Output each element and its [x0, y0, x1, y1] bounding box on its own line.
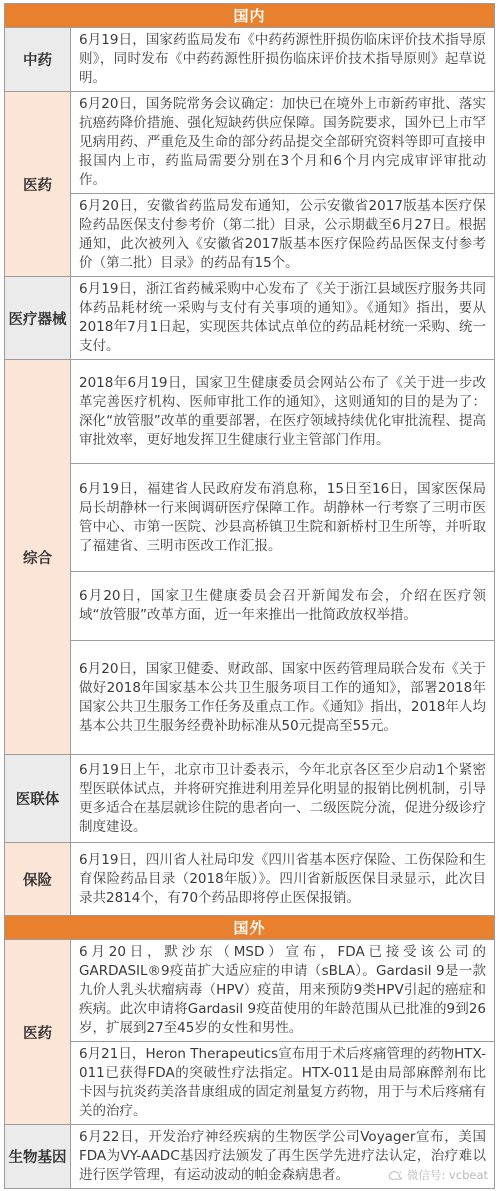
category-cell-medical-devices: 医疗器械 — [5, 277, 71, 360]
news-digest-page: 国内 中药 6月19日，国家药监局发布《中药药源性肝损伤临床评价技术指导原则》，… — [0, 0, 499, 1191]
news-digest-table: 国内 中药 6月19日，国家药监局发布《中药药源性肝损伤临床评价技术指导原则》，… — [4, 3, 495, 1189]
news-item-general-4: 6月20日，国家卫健委、财政部、国家中医药管理局联合发布《关于做好2018年国家… — [71, 641, 495, 755]
news-item-pharma-foreign-2: 6月21日，Heron Therapeutics宣布用于术后疼痛管理的药物HTX… — [71, 1042, 495, 1125]
category-cell-pharma-foreign: 医药 — [5, 940, 71, 1125]
vcbeat-whale-logo-icon — [387, 1169, 403, 1182]
news-item-alliance-1: 6月19日上午，北京市卫计委表示，今年北京各区至少启动1个紧密型医联体试点，并将… — [71, 755, 495, 843]
category-cell-biotech-gene: 生物基因 — [5, 1125, 71, 1189]
section-header-domestic: 国内 — [5, 4, 495, 28]
section-header-foreign: 国外 — [5, 916, 495, 940]
news-item-insurance-1: 6月19日，四川省人社局印发《四川省基本医疗保险、工伤保险和生育保险药品目录（2… — [71, 843, 495, 916]
category-cell-medical-alliance: 医联体 — [5, 755, 71, 843]
news-item-biotech-1: 6月22日，开发治疗神经疾病的生物医学公司Voyager宣布，美国FDA为VY-… — [71, 1125, 495, 1189]
news-item-pharma-1: 6月20日，国务院常务会议确定：加快已在境外上市新药审批、落实抗癌药降价措施、强… — [71, 92, 495, 194]
category-cell-insurance: 保险 — [5, 843, 71, 916]
news-item-pharma-foreign-1: 6月20日，默沙东（MSD）宣布，FDA已接受该公司的GARDASIL®9疫苗扩… — [71, 940, 495, 1042]
news-item-pharma-2: 6月20日，安徽省药监局发布通知，公示安徽省2017版基本医疗保险药品医保支付参… — [71, 194, 495, 277]
news-item-general-3: 6月20日，国家卫生健康委员会召开新闻发布会，介绍在医疗领域“放管服”改革方面，… — [71, 572, 495, 641]
category-cell-general: 综合 — [5, 360, 71, 755]
news-item-devices-1: 6月19日，浙江省药械采购中心发布了《关于浙江县域医疗服务共同体药品耗材统一采购… — [71, 277, 495, 360]
wechat-watermark: 微信号: vcbeat — [387, 1166, 488, 1185]
wechat-watermark-label: 微信号: vcbeat — [407, 1166, 488, 1185]
category-cell-pharma: 医药 — [5, 92, 71, 277]
category-cell-tcm: 中药 — [5, 28, 71, 92]
news-item-general-1: 2018年6月19日，国家卫生健康委员会网站公布了《关于进一步改革完善医疗机构、… — [71, 360, 495, 464]
news-item-tcm-1: 6月19日，国家药监局发布《中药药源性肝损伤临床评价技术指导原则》，同时发布《中… — [71, 28, 495, 92]
news-item-general-2: 6月19日，福建省人民政府发布消息称，15日至16日，国家医保局局长胡静林一行来… — [71, 464, 495, 572]
